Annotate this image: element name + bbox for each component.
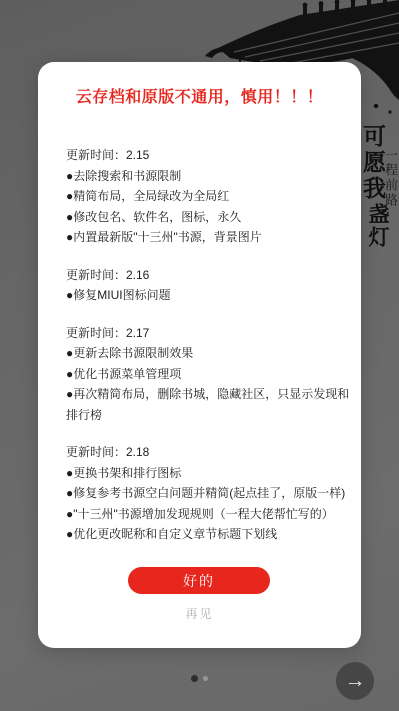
update-dialog: 云存档和原版不通用，慎用！！！ 更新时间：2.15 ●去除搜索和书源限制 ●精简… — [38, 62, 361, 648]
changelog-item: ●优化书源菜单管理项 — [66, 364, 353, 385]
confirm-button[interactable]: 好的 — [128, 567, 270, 594]
update-date-header: 更新时间：2.16 — [66, 265, 353, 286]
changelog-section-2-18: 更新时间：2.18 ●更换书架和排行图标 ●修复参考书源空白问题并精简(起点挂了… — [66, 442, 353, 545]
update-date-header: 更新时间：2.15 — [66, 145, 353, 166]
page-dot-inactive — [203, 676, 208, 681]
changelog-item: ●更新去除书源限制效果 — [66, 343, 353, 364]
changelog-section-2-15: 更新时间：2.15 ●去除搜索和书源限制 ●精简布局，全局绿改为全局红 ●修改包… — [66, 145, 353, 248]
changelog-item: ●内置最新版"十三州"书源，背景图片 — [66, 227, 353, 248]
changelog-item: ●精简布局，全局绿改为全局红 — [66, 186, 353, 207]
changelog: 更新时间：2.15 ●去除搜索和书源限制 ●精简布局，全局绿改为全局红 ●修改包… — [38, 145, 361, 545]
arrow-right-icon: → — [345, 670, 366, 691]
page-dot-active — [191, 675, 198, 682]
dismiss-link[interactable]: 再见 — [38, 605, 361, 622]
calligraphy-text-2: 一程前路 — [383, 148, 398, 208]
changelog-item: ●修改包名、软件名，图标，永久 — [66, 207, 353, 228]
update-date-header: 更新时间：2.18 — [66, 442, 353, 463]
changelog-item: ●修复参考书源空白问题并精简(起点挂了，原版一样) — [66, 483, 353, 504]
next-page-button[interactable]: → — [336, 662, 374, 700]
changelog-item: ●优化更改昵称和自定义章节标题下划线 — [66, 524, 353, 545]
calligraphy-text-1: 可愿我 — [359, 124, 386, 202]
app-screen: 可愿我 一程前路 盏灯 云存档和原版不通用，慎用！！！ 更新时间：2.15 ●去… — [0, 0, 399, 711]
update-date-header: 更新时间：2.17 — [66, 323, 353, 344]
changelog-item: ●去除搜索和书源限制 — [66, 166, 353, 187]
changelog-item: ●"十三州"书源增加发现规则（一程大佬帮忙写的） — [66, 504, 353, 525]
changelog-section-2-17: 更新时间：2.17 ●更新去除书源限制效果 ●优化书源菜单管理项 ●再次精简布局… — [66, 323, 353, 426]
changelog-item: ●更换书架和排行图标 — [66, 463, 353, 484]
dialog-title: 云存档和原版不通用，慎用！！！ — [38, 62, 361, 107]
changelog-item: ●修复MIUI图标问题 — [66, 285, 353, 306]
changelog-item: ●再次精简布局，删除书城，隐藏社区，只显示发现和排行榜 — [66, 384, 353, 425]
calligraphy-text-3: 盏灯 — [365, 203, 390, 249]
changelog-section-2-16: 更新时间：2.16 ●修复MIUI图标问题 — [66, 265, 353, 306]
